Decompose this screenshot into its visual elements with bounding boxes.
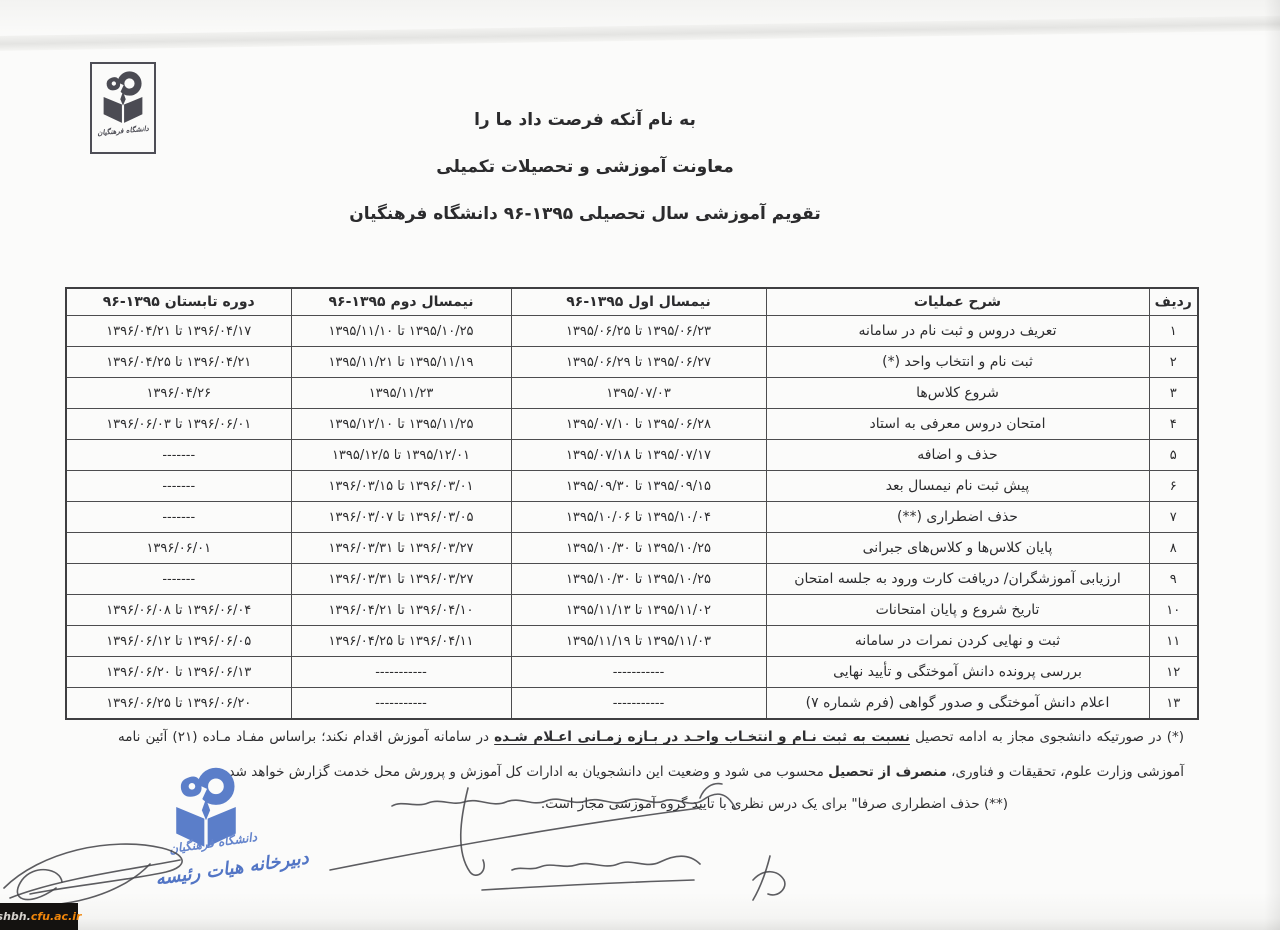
table-row: ۱۳اعلام دانش آموختگی و صدور گواهی (فرم ش…: [66, 688, 1198, 720]
calendar-title: تقویم آموزشی سال تحصیلی ۱۳۹۵-۹۶ دانشگاه …: [170, 204, 1000, 224]
footnote1-underlined: نسبت به ثبت نـام و انتخـاب واحـد در بـاز…: [494, 729, 910, 745]
operation-description: اعلام دانش آموختگی و صدور گواهی (فرم شما…: [766, 688, 1149, 720]
semester2-dates: ۱۳۹۶/۰۳/۲۷ تا ۱۳۹۶/۰۳/۳۱: [291, 564, 511, 595]
semester2-dates: -----------: [291, 657, 511, 688]
semester2-dates: ۱۳۹۵/۱۲/۰۱ تا ۱۳۹۵/۱۲/۵: [291, 440, 511, 471]
footnote1-prefix: (*) در صورتیکه دانشجوی مجاز به ادامه تحص…: [910, 729, 1184, 745]
row-number: ۶: [1149, 471, 1198, 502]
document-header: به نام آنکه فرصت داد ما را معاونت آموزشی…: [170, 110, 1000, 251]
row-number: ۱۰: [1149, 595, 1198, 626]
operation-description: ثبت نام و انتخاب واحد (*): [766, 347, 1149, 378]
operation-description: بررسی پرونده دانش آموختگی و تأیید نهایی: [766, 657, 1149, 688]
scanned-document-page: دانشگاه فرهنگیان به نام آنکه فرصت داد ما…: [0, 0, 1280, 930]
operation-description: شروع کلاس‌ها: [766, 378, 1149, 409]
semester2-dates: ۱۳۹۶/۰۴/۱۱ تا ۱۳۹۶/۰۴/۲۵: [291, 626, 511, 657]
semester1-dates: ۱۳۹۵/۰۶/۲۳ تا ۱۳۹۵/۰۶/۲۵: [511, 316, 766, 347]
summer-dates: -------: [66, 440, 291, 471]
table-row: ۹ارزیابی آموزشگران/ دریافت کارت ورود به …: [66, 564, 1198, 595]
row-number: ۱۲: [1149, 657, 1198, 688]
row-number: ۳: [1149, 378, 1198, 409]
col-header-row-no: ردیف: [1149, 288, 1198, 316]
university-logo: دانشگاه فرهنگیان: [90, 62, 156, 154]
summer-dates: -------: [66, 471, 291, 502]
summer-dates: ۱۳۹۶/۰۶/۰۱ تا ۱۳۹۶/۰۶/۰۳: [66, 409, 291, 440]
semester1-dates: ۱۳۹۵/۱۰/۰۴ تا ۱۳۹۵/۱۰/۰۶: [511, 502, 766, 533]
semester2-dates: ۱۳۹۶/۰۴/۱۰ تا ۱۳۹۶/۰۴/۲۱: [291, 595, 511, 626]
semester2-dates: ۱۳۹۶/۰۳/۲۷ تا ۱۳۹۶/۰۳/۳۱: [291, 533, 511, 564]
semester1-dates: ۱۳۹۵/۰۶/۲۸ تا ۱۳۹۵/۰۷/۱۰: [511, 409, 766, 440]
table-row: ۷حذف اضطراری (**)۱۳۹۵/۱۰/۰۴ تا ۱۳۹۵/۱۰/۰…: [66, 502, 1198, 533]
summer-dates: -------: [66, 502, 291, 533]
scan-right-shadow: [1264, 0, 1280, 930]
table-row: ۶پیش ثبت نام نیمسال بعد۱۳۹۵/۰۹/۱۵ تا ۱۳۹…: [66, 471, 1198, 502]
operation-description: ارزیابی آموزشگران/ دریافت کارت ورود به ج…: [766, 564, 1149, 595]
table-row: ۱۰تاریخ شروع و پایان امتحانات۱۳۹۵/۱۱/۰۲ …: [66, 595, 1198, 626]
row-number: ۹: [1149, 564, 1198, 595]
row-number: ۲: [1149, 347, 1198, 378]
semester1-dates: ۱۳۹۵/۱۰/۲۵ تا ۱۳۹۵/۱۰/۳۰: [511, 533, 766, 564]
semester2-dates: ۱۳۹۶/۰۳/۰۵ تا ۱۳۹۶/۰۳/۰۷: [291, 502, 511, 533]
semester2-dates: ۱۳۹۶/۰۳/۰۱ تا ۱۳۹۶/۰۳/۱۵: [291, 471, 511, 502]
table-row: ۱۱ثبت و نهایی کردن نمرات در سامانه۱۳۹۵/۱…: [66, 626, 1198, 657]
operation-description: ثبت و نهایی کردن نمرات در سامانه: [766, 626, 1149, 657]
semester2-dates: ۱۳۹۵/۱۱/۲۳: [291, 378, 511, 409]
scan-edge-artifact: [0, 15, 1280, 51]
academic-calendar-table: ردیف شرح عملیات نیمسال اول ۱۳۹۵-۹۶ نیمسا…: [65, 287, 1199, 720]
col-header-semester1: نیمسال اول ۱۳۹۵-۹۶: [511, 288, 766, 316]
row-number: ۵: [1149, 440, 1198, 471]
watermark-suffix: cfu.ac.ir: [31, 910, 82, 923]
semester1-dates: ۱۳۹۵/۰۹/۱۵ تا ۱۳۹۵/۰۹/۳۰: [511, 471, 766, 502]
table-row: ۵حذف و اضافه۱۳۹۵/۰۷/۱۷ تا ۱۳۹۵/۰۷/۱۸۱۳۹۵…: [66, 440, 1198, 471]
table-row: ۱تعریف دروس و ثبت نام در سامانه۱۳۹۵/۰۶/۲…: [66, 316, 1198, 347]
watermark-prefix: shbh.: [0, 910, 31, 923]
table-row: ۲ثبت نام و انتخاب واحد (*)۱۳۹۵/۰۶/۲۷ تا …: [66, 347, 1198, 378]
col-header-summer: دوره تابستان ۱۳۹۵-۹۶: [66, 288, 291, 316]
logo-caption: دانشگاه فرهنگیان: [92, 124, 154, 137]
semester1-dates: -----------: [511, 657, 766, 688]
table-row: ۳شروع کلاس‌ها۱۳۹۵/۰۷/۰۳۱۳۹۵/۱۱/۲۳۱۳۹۶/۰۴…: [66, 378, 1198, 409]
deputy-line: معاونت آموزشی و تحصیلات تکمیلی: [170, 157, 1000, 177]
summer-dates: ۱۳۹۶/۰۶/۰۴ تا ۱۳۹۶/۰۶/۰۸: [66, 595, 291, 626]
semester1-dates: ۱۳۹۵/۰۷/۱۷ تا ۱۳۹۵/۰۷/۱۸: [511, 440, 766, 471]
row-number: ۸: [1149, 533, 1198, 564]
semester2-dates: ۱۳۹۵/۱۱/۱۹ تا ۱۳۹۵/۱۱/۲۱: [291, 347, 511, 378]
row-number: ۴: [1149, 409, 1198, 440]
bismillah-line: به نام آنکه فرصت داد ما را: [170, 110, 1000, 130]
summer-dates: ۱۳۹۶/۰۴/۲۶: [66, 378, 291, 409]
table-row: ۱۲بررسی پرونده دانش آموختگی و تأیید نهای…: [66, 657, 1198, 688]
col-header-description: شرح عملیات: [766, 288, 1149, 316]
summer-dates: -------: [66, 564, 291, 595]
handwritten-signatures: [0, 768, 800, 930]
row-number: ۱: [1149, 316, 1198, 347]
table-row: ۴امتحان دروس معرفی به استاد۱۳۹۵/۰۶/۲۸ تا…: [66, 409, 1198, 440]
operation-description: تاریخ شروع و پایان امتحانات: [766, 595, 1149, 626]
summer-dates: ۱۳۹۶/۰۶/۱۳ تا ۱۳۹۶/۰۶/۲۰: [66, 657, 291, 688]
table-header-row: ردیف شرح عملیات نیمسال اول ۱۳۹۵-۹۶ نیمسا…: [66, 288, 1198, 316]
summer-dates: ۱۳۹۶/۰۶/۰۱: [66, 533, 291, 564]
summer-dates: ۱۳۹۶/۰۶/۰۵ تا ۱۳۹۶/۰۶/۱۲: [66, 626, 291, 657]
semester1-dates: ۱۳۹۵/۱۱/۰۲ تا ۱۳۹۵/۱۱/۱۳: [511, 595, 766, 626]
summer-dates: ۱۳۹۶/۰۴/۱۷ تا ۱۳۹۶/۰۴/۲۱: [66, 316, 291, 347]
operation-description: حذف اضطراری (**): [766, 502, 1149, 533]
university-emblem-icon: [98, 69, 148, 125]
semester1-dates: ۱۳۹۵/۰۶/۲۷ تا ۱۳۹۵/۰۶/۲۹: [511, 347, 766, 378]
summer-dates: ۱۳۹۶/۰۶/۲۰ تا ۱۳۹۶/۰۶/۲۵: [66, 688, 291, 720]
operation-description: امتحان دروس معرفی به استاد: [766, 409, 1149, 440]
row-number: ۷: [1149, 502, 1198, 533]
semester1-dates: ۱۳۹۵/۰۷/۰۳: [511, 378, 766, 409]
col-header-semester2: نیمسال دوم ۱۳۹۵-۹۶: [291, 288, 511, 316]
footnote1-bold: منصرف از تحصیل: [828, 764, 947, 780]
semester1-dates: ۱۳۹۵/۱۰/۲۵ تا ۱۳۹۵/۱۰/۳۰: [511, 564, 766, 595]
operation-description: تعریف دروس و ثبت نام در سامانه: [766, 316, 1149, 347]
semester1-dates: ۱۳۹۵/۱۱/۰۳ تا ۱۳۹۵/۱۱/۱۹: [511, 626, 766, 657]
row-number: ۱۱: [1149, 626, 1198, 657]
operation-description: پایان کلاس‌ها و کلاس‌های جبرانی: [766, 533, 1149, 564]
semester2-dates: ۱۳۹۵/۱۱/۲۵ تا ۱۳۹۵/۱۲/۱۰: [291, 409, 511, 440]
semester2-dates: ۱۳۹۵/۱۰/۲۵ تا ۱۳۹۵/۱۱/۱۰: [291, 316, 511, 347]
semester2-dates: -----------: [291, 688, 511, 720]
operation-description: حذف و اضافه: [766, 440, 1149, 471]
operation-description: پیش ثبت نام نیمسال بعد: [766, 471, 1149, 502]
table-row: ۸پایان کلاس‌ها و کلاس‌های جبرانی۱۳۹۵/۱۰/…: [66, 533, 1198, 564]
semester1-dates: -----------: [511, 688, 766, 720]
row-number: ۱۳: [1149, 688, 1198, 720]
summer-dates: ۱۳۹۶/۰۴/۲۱ تا ۱۳۹۶/۰۴/۲۵: [66, 347, 291, 378]
site-watermark: shbh.cfu.ac.ir: [0, 903, 78, 930]
